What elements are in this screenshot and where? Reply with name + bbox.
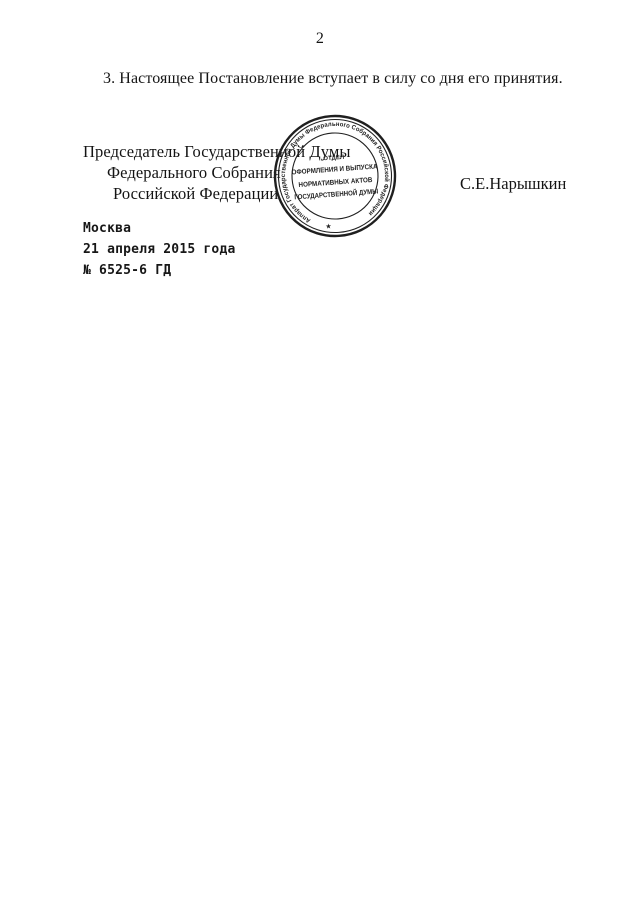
stamp-center-line-3: НОРМАТИВНЫХ АКТОВ — [298, 177, 372, 189]
page-number: 2 — [0, 30, 640, 48]
stamp-center-line-1: ОТДЕЛ — [323, 154, 344, 162]
official-round-stamp-icon: Аппарат Государственной Думы Федеральног… — [265, 106, 405, 246]
resolution-clause-text: 3. Настоящее Постановление вступает в си… — [103, 70, 563, 88]
stamp-outer-ring — [271, 112, 399, 240]
stamp-inner-ring — [289, 130, 381, 222]
issue-date: 21 апреля 2015 года — [83, 242, 236, 257]
signature-title-line-2: Федерального Собрания — [107, 163, 281, 183]
document-number: № 6525-6 ГД — [83, 263, 171, 278]
signatory-name: С.Е.Нарышкин — [460, 174, 566, 194]
stamp-star-icon: ★ — [325, 222, 332, 230]
document-page: 2 3. Настоящее Постановление вступает в … — [0, 0, 640, 905]
stamp-center-line-4: ГОСУДАРСТВЕННОЙ ДУМЫ — [294, 187, 379, 202]
stamp-center-line-2: ОФОРМЛЕНИЯ И ВЫПУСКА — [291, 164, 377, 177]
signature-title-line-3: Российской Федерации — [113, 184, 278, 204]
issue-city: Москва — [83, 221, 131, 236]
